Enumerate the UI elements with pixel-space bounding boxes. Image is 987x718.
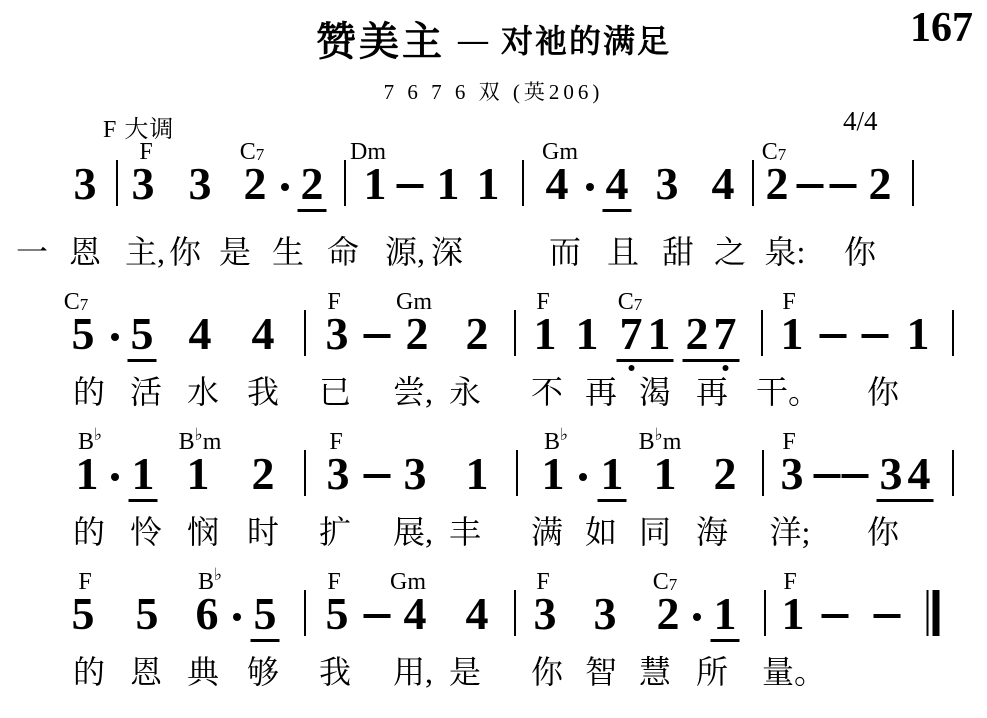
page-subtitle: 对祂的满足 [501, 16, 671, 62]
lyric-syllable: 渴 [639, 376, 671, 410]
lyric-syllable: 量。 [762, 656, 826, 690]
lyric-syllable: 命 [327, 236, 359, 270]
low-octave-dot [722, 365, 728, 371]
lyric-syllable: 生 [272, 236, 304, 270]
note: 3 [74, 161, 97, 207]
augmentation-dot [281, 183, 289, 191]
lyric-syllable: 之 [714, 236, 746, 270]
note: 7 [620, 311, 643, 357]
note: 5 [326, 591, 349, 637]
lyric-syllable: 海 [696, 516, 728, 550]
lyric-syllable: 够 [247, 656, 279, 690]
lyric-syllable: 的 [73, 376, 105, 410]
lyric-syllable: 悯 [187, 516, 219, 550]
lyric-syllable: 展, [393, 516, 433, 550]
lyric-syllable: 水 [187, 376, 219, 410]
low-octave-dot [628, 365, 634, 371]
note: 3 [880, 451, 903, 497]
note: 2 [466, 311, 489, 357]
lyric-syllable: 甜 [662, 236, 694, 270]
lyric-syllable: 的 [73, 656, 105, 690]
meter-info: 7 6 7 6 双 (英206) [0, 76, 987, 106]
lyric-syllable: 的 [73, 516, 105, 550]
duration-dash [814, 474, 841, 478]
lyric-syllable: 用, [393, 656, 433, 690]
lyric-line-4: 的恩典够我用,是你智慧所量。 [0, 656, 987, 696]
lyric-line-3: 的怜悯时扩展,丰满如同海洋;你 [0, 516, 987, 556]
note: 4 [908, 451, 931, 497]
lyric-syllable: 时 [247, 516, 279, 550]
note: 1 [477, 161, 500, 207]
final-barline-thick [933, 590, 940, 636]
lyric-syllable: 我 [247, 376, 279, 410]
note: 3 [327, 451, 350, 497]
barline [304, 450, 306, 496]
note: 1 [576, 311, 599, 357]
barline [344, 160, 346, 206]
note: 1 [466, 451, 489, 497]
hymn-sheet-page: 赞美主 — 对祂的满足 167 7 6 7 6 双 (英206) F 大调 4/… [0, 0, 987, 718]
lyric-syllable: 智 [585, 656, 617, 690]
lyric-syllable: 深 [431, 236, 463, 270]
note: 1 [534, 311, 557, 357]
lyric-syllable: 你 [867, 376, 899, 410]
note: 3 [534, 591, 557, 637]
title-bar: 赞美主 — 对祂的满足 [0, 10, 987, 67]
hymn-number: 167 [910, 4, 973, 52]
music-line-2: C75544F3Gm22F11C77127F11 [0, 290, 987, 374]
lyric-syllable: 而 [549, 236, 581, 270]
note: 1 [907, 311, 930, 357]
final-barline-thin [927, 590, 929, 636]
duration-dash [397, 184, 424, 188]
note: 3 [656, 161, 679, 207]
music-line-1: 3F33C722Dm111Gm4434C722 [0, 140, 987, 224]
note: 2 [766, 161, 789, 207]
lyric-syllable: 我 [319, 656, 351, 690]
lyric-syllable: 已 [319, 376, 351, 410]
lyric-line-1: 一恩主,你是生命源,深而且甜之泉:你 [0, 236, 987, 276]
note: 2 [714, 451, 737, 497]
note: 3 [132, 161, 155, 207]
lyric-syllable: 恩 [69, 236, 101, 270]
note: 1 [76, 451, 99, 497]
augmentation-dot [111, 473, 119, 481]
duration-dash [842, 474, 869, 478]
note: 2 [406, 311, 429, 357]
barline [912, 160, 914, 206]
duration-dash [830, 184, 857, 188]
lyric-syllable: 永 [449, 376, 481, 410]
lyric-syllable: 且 [607, 236, 639, 270]
note: 4 [404, 591, 427, 637]
note: 5 [72, 311, 95, 357]
beamed-note-group: 34 [877, 451, 934, 502]
duration-dash [862, 334, 889, 338]
lyric-syllable: 所 [696, 656, 728, 690]
note: 1 [364, 161, 387, 207]
note: 4 [546, 161, 569, 207]
barline [304, 310, 306, 356]
lyric-syllable: 主, [125, 236, 165, 270]
note: 2 [298, 161, 327, 212]
note: 1 [437, 161, 460, 207]
note: 5 [72, 591, 95, 637]
lyric-syllable: 源, [385, 236, 425, 270]
final-barline [927, 590, 940, 636]
music-line-3: B♭11B♭m12F331B♭11B♭m12F334 [0, 430, 987, 514]
augmentation-dot [111, 333, 119, 341]
lyric-syllable: 如 [585, 516, 617, 550]
lyric-syllable: 再 [585, 376, 617, 410]
barline [304, 590, 306, 636]
note: 5 [136, 591, 159, 637]
title-separator-dash: — [458, 24, 488, 58]
duration-dash [797, 184, 824, 188]
lyric-syllable: 丰 [449, 516, 481, 550]
note: 1 [782, 591, 805, 637]
note: 2 [252, 451, 275, 497]
music-line-4: F55B♭65F5Gm44F33C721F1 [0, 570, 987, 654]
lyric-syllable: 干。 [756, 376, 820, 410]
lyric-syllable: 恩 [130, 656, 162, 690]
barline [116, 160, 118, 206]
note: 1 [129, 451, 158, 502]
note: 1 [648, 311, 671, 357]
barline [761, 310, 763, 356]
lyric-syllable: 典 [187, 656, 219, 690]
note: 1 [711, 591, 740, 642]
barline [514, 590, 516, 636]
duration-dash [874, 614, 901, 618]
duration-dash [364, 614, 391, 618]
lyric-syllable: 慧 [639, 656, 671, 690]
note: 2 [657, 591, 680, 637]
barline [952, 450, 954, 496]
note: 1 [542, 451, 565, 497]
time-signature: 4/4 [843, 106, 878, 137]
note: 4 [189, 311, 212, 357]
lyric-syllable: 你 [867, 516, 899, 550]
lyric-syllable: 怜 [130, 516, 162, 550]
lyric-syllable: 洋; [770, 516, 811, 550]
note: 2 [244, 161, 267, 207]
note: 1 [598, 451, 627, 502]
beamed-note-group: 27 [683, 311, 740, 362]
lyric-syllable: 你 [169, 236, 201, 270]
beamed-note-group: 71 [617, 311, 674, 362]
lyric-syllable: 你 [531, 656, 563, 690]
lyric-syllable: 不 [531, 376, 563, 410]
note: 4 [466, 591, 489, 637]
lyric-syllable: 是 [449, 656, 481, 690]
note: 1 [654, 451, 677, 497]
lyric-syllable: 是 [219, 236, 251, 270]
note: 1 [187, 451, 210, 497]
note: 3 [326, 311, 349, 357]
lyric-syllable: 尝, [393, 376, 433, 410]
page-title: 赞美主 [316, 10, 445, 67]
note: 6 [196, 591, 219, 637]
barline [514, 310, 516, 356]
lyric-syllable: 泉: [765, 236, 806, 270]
lyric-syllable: 你 [844, 236, 876, 270]
note: 3 [404, 451, 427, 497]
lyric-syllable: 活 [130, 376, 162, 410]
note: 4 [603, 161, 632, 212]
duration-dash [822, 614, 849, 618]
note: 3 [189, 161, 212, 207]
note: 4 [252, 311, 275, 357]
barline [752, 160, 754, 206]
note: 3 [781, 451, 804, 497]
note: 3 [594, 591, 617, 637]
note: 4 [712, 161, 735, 207]
lyric-syllable: 一 [16, 236, 48, 270]
barline [952, 310, 954, 356]
note: 2 [869, 161, 892, 207]
barline [764, 590, 766, 636]
lyric-syllable: 同 [639, 516, 671, 550]
lyric-line-2: 的活水我已尝,永不再渴再干。你 [0, 376, 987, 416]
augmentation-dot [586, 183, 594, 191]
barline [516, 450, 518, 496]
lyric-syllable: 扩 [319, 516, 351, 550]
lyric-syllable: 再 [696, 376, 728, 410]
augmentation-dot [693, 613, 701, 621]
augmentation-dot [579, 473, 587, 481]
note: 5 [128, 311, 157, 362]
note: 7 [714, 311, 737, 357]
augmentation-dot [233, 613, 241, 621]
lyric-syllable: 满 [531, 516, 563, 550]
note: 5 [251, 591, 280, 642]
note: 2 [686, 311, 709, 357]
duration-dash [364, 474, 391, 478]
barline [522, 160, 524, 206]
duration-dash [364, 334, 391, 338]
barline [762, 450, 764, 496]
duration-dash [820, 334, 847, 338]
note: 1 [781, 311, 804, 357]
